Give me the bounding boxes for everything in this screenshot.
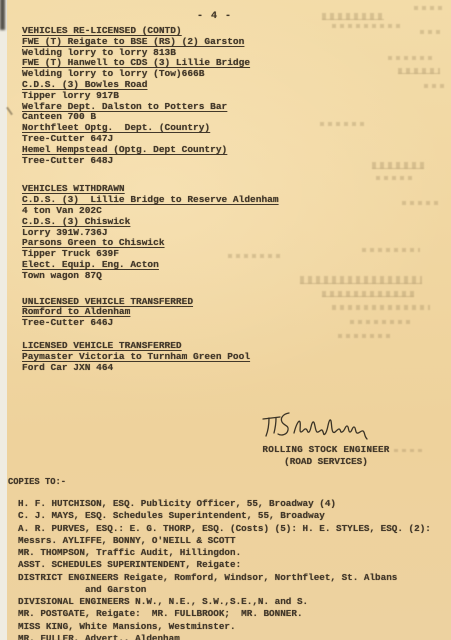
section-vehicles-relicensed: VEHICLES RE-LICENSED (CONTD) FWE (T) Rei… — [22, 26, 279, 166]
route-line: Hemel Hempstead (Optg. Dept Country) — [22, 145, 279, 156]
recipient-line: MR. FULLER, Advert., Aldenham — [18, 633, 431, 640]
bleed-through-mark — [338, 334, 394, 338]
bleed-through-mark — [372, 162, 424, 169]
vehicle-lists: VEHICLES RE-LICENSED (CONTD) FWE (T) Rei… — [22, 26, 279, 373]
bleed-through-mark — [300, 276, 422, 284]
copies-heading: COPIES TO:- — [8, 477, 66, 487]
bleed-through-mark — [332, 24, 402, 28]
bleed-through-mark — [362, 248, 420, 252]
handwritten-signature-icon — [256, 408, 388, 444]
bleed-through-mark — [322, 291, 414, 297]
recipient-line: MR. THOMPSON, Traffic Audit, Hillingdon. — [18, 547, 431, 559]
recipient-line: DISTRICT ENGINEERS Reigate, Romford, Win… — [18, 572, 431, 584]
recipient-line: H. F. HUTCHISON, ESQ. Publicity Officer,… — [18, 498, 431, 510]
vehicle-line: Tipper lorry 917B — [22, 91, 279, 102]
route-line: FWE (T) Reigate to BSE (RS) (2) Garston — [22, 37, 279, 48]
bleed-through-mark — [320, 122, 366, 126]
bleed-through-mark — [350, 320, 412, 324]
corner-smudge — [0, 0, 5, 30]
bleed-through-mark — [332, 305, 430, 310]
bleed-through-mark — [394, 449, 426, 452]
recipient-line: C. J. MAYS, ESQ. Schedules Superintenden… — [18, 510, 431, 522]
recipient-line: MISS KING, White Mansions, Westminster. — [18, 621, 431, 633]
recipient-line: ASST. SCHEDULES SUPERINTENDENT, Reigate: — [18, 559, 431, 571]
vehicle-line: Town wagon 87Q — [22, 271, 279, 282]
section-vehicles-withdrawn: VEHICLES WITHDRAWN C.D.S. (3) Lillie Bri… — [22, 184, 279, 281]
copies-list: H. F. HUTCHISON, ESQ. Publicity Officer,… — [18, 498, 431, 640]
page-number: - 4 - — [197, 11, 232, 22]
signature-subtitle: (ROAD SERVICES) — [246, 456, 406, 468]
vehicle-line: Tree-Cutter 648J — [22, 156, 279, 167]
section-licensed-transferred: LICENSED VEHICLE TRANSFERRED Paymaster V… — [22, 341, 279, 373]
bleed-through-mark — [228, 254, 283, 258]
recipient-line: DIVISIONAL ENGINEERS N.W., N.E., S.W.,S.… — [18, 596, 431, 608]
scan-left-edge — [0, 0, 7, 640]
vehicle-line: Ford Car JXN 464 — [22, 363, 279, 374]
bleed-through-mark — [420, 30, 444, 34]
signature-title: ROLLING STOCK ENGINEER — [246, 444, 406, 456]
route-line: C.D.S. (3) Chiswick — [22, 217, 279, 228]
bleed-through-mark — [402, 201, 440, 205]
section-unlicensed-transferred: UNLICENSED VEHICLE TRANSFERRED Romford t… — [22, 297, 279, 329]
recipient-line: A. R. PURVES, ESQ.: E. G. THORP, ESQ. (C… — [18, 523, 431, 535]
recipient-line-continuation: and Garston — [18, 584, 431, 596]
bleed-through-mark — [414, 6, 442, 10]
bleed-through-mark — [388, 56, 436, 60]
bleed-through-mark — [398, 68, 440, 74]
recipient-line: Messrs. AYLIFFE, BONNY, O'NEILL & SCOTT — [18, 535, 431, 547]
signature-block: ROLLING STOCK ENGINEER (ROAD SERVICES) — [246, 408, 406, 467]
bleed-through-mark — [424, 84, 446, 88]
recipient-line: MR. POSTGATE, Reigate: MR. FULLBROOK; MR… — [18, 608, 431, 620]
bleed-through-mark — [376, 176, 416, 180]
vehicle-line: Tree-Cutter 646J — [22, 318, 279, 329]
bleed-through-mark — [322, 13, 384, 20]
scanned-document-page: - 4 - VEHICLES RE-LICENSED (CONTD) FWE (… — [0, 0, 451, 640]
route-line: Paymaster Victoria to Turnham Green Pool — [22, 352, 279, 363]
margin-tick-mark — [6, 107, 13, 116]
